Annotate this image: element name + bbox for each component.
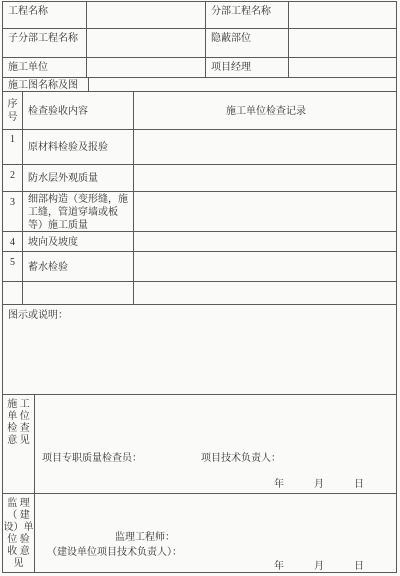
checklist-header-record: 施工单位检查记录 [134, 92, 396, 129]
subdivision-name-value [289, 2, 396, 28]
contractor-opinion-side-label: 施 工 单 位 检 查 意 见 [3, 395, 35, 493]
construction-unit-value [87, 58, 206, 77]
checklist-row-content: 坡向及坡度 [23, 232, 134, 251]
date-day-label: 日 [354, 560, 364, 573]
project-name-value [87, 2, 206, 28]
checklist-row-content: 细部构造（变形缝，施工缝，管道穿墙或板等）施工质量 [23, 192, 134, 231]
construction-unit-label: 施工单位 [3, 58, 87, 77]
checklist-row-no: 5 [3, 252, 23, 281]
quality-inspector-label: 项目专职质量检查员： [42, 452, 142, 465]
checklist-row-no [3, 282, 23, 304]
checklist-row-content: 原材料检验及报验 [23, 130, 134, 164]
checklist-row-record [134, 130, 396, 164]
diagram-label: 图示或说明： [3, 305, 396, 394]
info-row-1: 工程名称 分部工程名称 [3, 2, 396, 29]
concealed-part-label: 隐蔽部位 [206, 29, 289, 57]
checklist-row-record [134, 165, 396, 191]
sub-subdivision-value [87, 29, 206, 57]
checklist-row-empty [3, 282, 396, 305]
checklist-header-content: 检查验收内容 [23, 92, 134, 129]
date-year-label: 年 [274, 560, 284, 573]
checklist-row-no: 1 [3, 130, 23, 164]
date-year-label: 年 [274, 478, 284, 491]
checklist-row: 3 细部构造（变形缝，施工缝，管道穿墙或板等）施工质量 [3, 192, 396, 232]
scanned-form-page: 工程名称 分部工程名称 子分部工程名称 隐蔽部位 施工单位 项目经理 施工图名称… [0, 0, 400, 576]
checklist-row-record [134, 192, 396, 231]
owner-technical-director-label: （建设单位项目技术负责人）： [47, 546, 182, 559]
checklist-row-record [134, 252, 396, 281]
checklist-row: 5 蓄水检验 [3, 252, 396, 282]
info-row-3: 施工单位 项目经理 [3, 58, 396, 78]
diagram-section: 图示或说明： [3, 305, 396, 395]
supervisor-signature-area: 监理工程师： （建设单位项目技术负责人）： 年 月 日 [35, 494, 396, 572]
supervisor-date-line: 年 月 日 [274, 560, 364, 573]
date-month-label: 月 [314, 560, 324, 573]
checklist-header-no: 序 号 [3, 92, 23, 129]
checklist-row-content: 蓄水检验 [23, 252, 134, 281]
project-manager-label: 项目经理 [206, 58, 289, 77]
subdivision-name-label: 分部工程名称 [206, 2, 289, 28]
concealed-part-value [289, 29, 396, 57]
checklist-row: 1 原材料检验及报验 [3, 130, 396, 165]
project-manager-value [289, 58, 396, 77]
date-month-label: 月 [314, 478, 324, 491]
checklist-row-record [134, 282, 396, 304]
checklist-row-content: 防水层外观质量 [23, 165, 134, 191]
supervisor-opinion-side-label: 监 理 （ 建 设）单 位 验 收 意 见 [3, 494, 35, 572]
checklist-row-content [23, 282, 134, 304]
drawing-row: 施工图名称及图号 [3, 78, 396, 92]
checklist-row-no: 2 [3, 165, 23, 191]
checklist-row-no: 3 [3, 192, 23, 231]
supervisor-opinion-section: 监 理 （ 建 设）单 位 验 收 意 见 监理工程师： （建设单位项目技术负责… [3, 494, 396, 572]
technical-director-label: 项目技术负责人： [201, 452, 281, 465]
contractor-opinion-section: 施 工 单 位 检 查 意 见 项目专职质量检查员： 项目技术负责人： 年 月 … [3, 395, 396, 494]
supervision-engineer-label: 监理工程师： [115, 531, 175, 544]
checklist-row: 2 防水层外观质量 [3, 165, 396, 192]
contractor-signature-area: 项目专职质量检查员： 项目技术负责人： 年 月 日 [35, 395, 396, 493]
inspection-form-table: 工程名称 分部工程名称 子分部工程名称 隐蔽部位 施工单位 项目经理 施工图名称… [2, 1, 397, 573]
drawing-name-label: 施工图名称及图号 [3, 78, 89, 91]
checklist-row: 4 坡向及坡度 [3, 232, 396, 252]
sub-subdivision-label: 子分部工程名称 [3, 29, 87, 57]
checklist-row-record [134, 232, 396, 251]
contractor-date-line: 年 月 日 [274, 478, 364, 491]
checklist-row-no: 4 [3, 232, 23, 251]
drawing-name-value [89, 78, 396, 91]
date-day-label: 日 [354, 478, 364, 491]
checklist-header-row: 序 号 检查验收内容 施工单位检查记录 [3, 92, 396, 130]
project-name-label: 工程名称 [3, 2, 87, 28]
info-row-2: 子分部工程名称 隐蔽部位 [3, 29, 396, 58]
